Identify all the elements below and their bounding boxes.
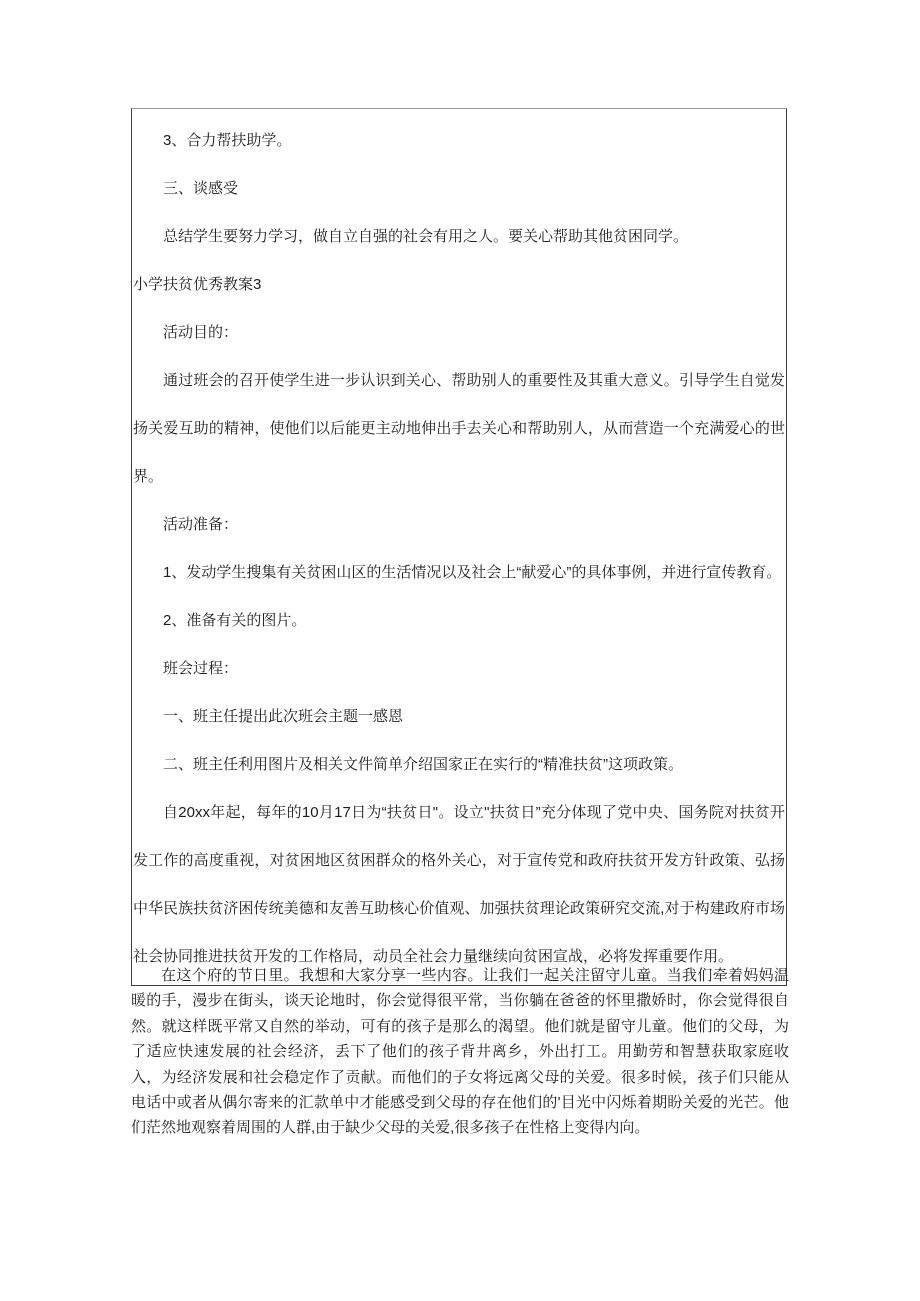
- box-paragraph: 总结学生要努力学习，做自立自强的社会有用之人。要关心帮助其他贫困同学。: [133, 213, 785, 261]
- box-paragraph: 活动目的：: [133, 309, 785, 357]
- document-page: 3、合力帮扶助学。 三、谈感受 总结学生要努力学习，做自立自强的社会有用之人。要…: [0, 0, 920, 1301]
- box-paragraph: 自20xx年起，每年的10月17日为“扶贫日"。设立"扶贫日”充分体现了党中央、…: [133, 789, 785, 981]
- box-paragraph: 三、谈感受: [133, 165, 785, 213]
- section-heading-lesson-plan-3: 小学扶贫优秀教案3: [133, 261, 785, 309]
- box-paragraph: 班会过程：: [133, 645, 785, 693]
- box-paragraph: 通过班会的召开使学生进一步认识到关心、帮助别人的重要性及其重大意义。引导学生自觉…: [133, 357, 785, 501]
- box-paragraph: 1、发动学生搜集有关贫困山区的生活情况以及社会上“献爱心”的具体事例，并进行宣传…: [133, 549, 785, 597]
- lesson-plan-border-box: 3、合力帮扶助学。 三、谈感受 总结学生要努力学习，做自立自强的社会有用之人。要…: [131, 108, 787, 986]
- box-paragraph: 一、班主任提出此次班会主题一感恩: [133, 693, 785, 741]
- closing-paragraph: 在这个府的节日里。我想和大家分享一些内容。让我们一起关注留守儿童。当我们牵着妈妈…: [131, 963, 789, 1141]
- box-paragraph: 3、合力帮扶助学。: [133, 117, 785, 165]
- box-paragraph: 2、准备有关的图片。: [133, 597, 785, 645]
- box-paragraph: 活动准备：: [133, 501, 785, 549]
- box-paragraph: 二、班主任利用图片及相关文件简单介绍国家正在实行的“精准扶贫”这项政策。: [133, 741, 785, 789]
